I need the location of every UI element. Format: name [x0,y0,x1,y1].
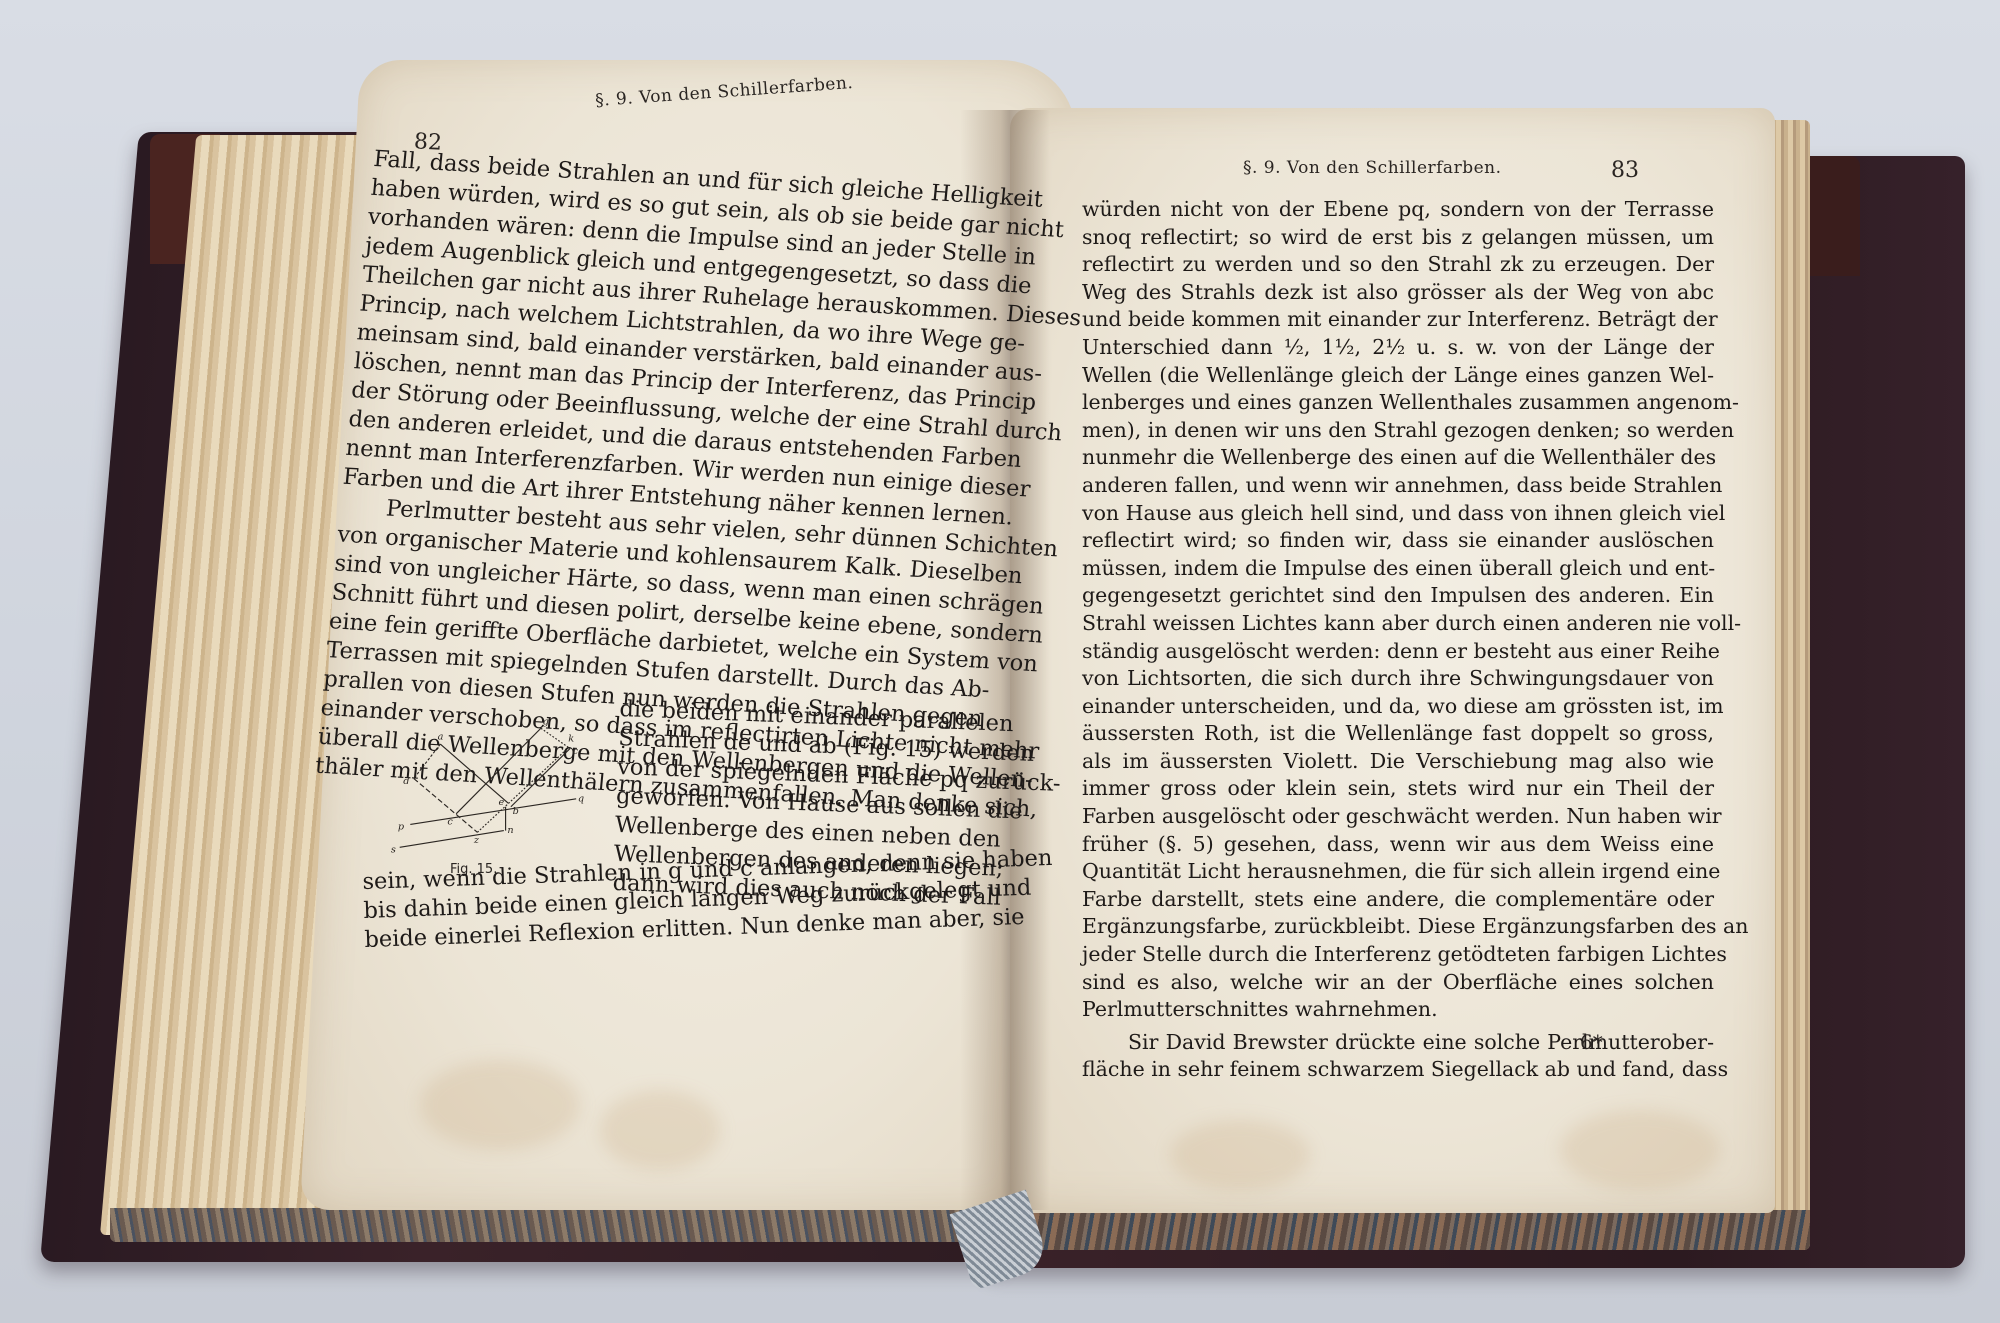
figure-label: s [391,845,396,856]
text-line: von Lichtsorten, die sich durch ihre Sch… [1082,665,1714,693]
text-line: immer gross oder klein sein, stets wird … [1082,775,1714,803]
text-line: ständig ausgelöscht werden: denn er best… [1082,638,1714,666]
text-line: Farben ausgelöscht oder geschwächt werde… [1082,803,1714,831]
text-line: gegengesetzt gerichtet sind den Impulsen… [1082,582,1714,610]
right-page-text: würden nicht von der Ebene pq, sondern v… [1082,196,1714,1084]
figure-label: z [473,835,480,846]
figure-label: g [543,717,549,728]
text-line: Wellen (die Wellenlänge gleich der Länge… [1082,362,1714,390]
text-line: äussersten Roth, ist die Wellenlänge fas… [1082,720,1714,748]
text-line: jeder Stelle durch die Interferenz getöd… [1082,941,1714,969]
figure-label: q [578,793,584,804]
foxing-stain [420,1060,580,1150]
marbled-edge-bottom [1020,1210,1810,1250]
figure-label: p [398,822,404,833]
text-line: Unterschied dann ½, 1½, 2½ u. s. w. von … [1082,334,1714,362]
text-line: anderen fallen, und wenn wir annehmen, d… [1082,472,1714,500]
text-line: Sir David Brewster drückte eine solche P… [1082,1029,1714,1057]
figure-label: c [573,746,579,757]
marbled-edge-left [110,1208,990,1242]
text-line: müssen, indem die Impulse des einen über… [1082,555,1714,583]
figure-15-diagram: a d g k c q e b p c s z n [380,715,610,865]
figure-label: k [568,733,574,744]
page-number-right: 83 [1611,158,1639,183]
text-line: Perlmutterschnittes wahrnehmen. [1082,996,1714,1024]
figure-label: a [438,732,444,743]
text-line: Ergänzungsfarbe, zurückbleibt. Diese Erg… [1082,913,1714,941]
text-line: nunmehr die Wellenberge des einen auf di… [1082,444,1714,472]
text-line: sind es also, welche wir an der Oberfläc… [1082,969,1714,997]
text-line: lenberges und eines ganzen Wellenthales … [1082,389,1714,417]
figure-label: n [507,825,513,836]
text-line: men), in denen wir uns den Strahl gezoge… [1082,417,1714,445]
foxing-stain [1560,1110,1720,1190]
text-line: und beide kommen mit einander zur Interf… [1082,306,1714,334]
text-line: fläche in sehr feinem schwarzem Siegella… [1082,1056,1714,1084]
text-line: reflectirt zu werden und so den Strahl z… [1082,251,1714,279]
figure-label: c [447,816,453,827]
figure-label: e [499,797,505,808]
foxing-stain [600,1090,720,1170]
foxing-stain [1170,1120,1310,1190]
figure-label: b [513,806,519,817]
text-line: als im äussersten Violett. Die Verschieb… [1082,748,1714,776]
text-line: Weg des Strahls dezk ist also grösser al… [1082,279,1714,307]
running-head-right: §. 9. Von den Schillerfarben. [1243,158,1502,178]
text-line: Strahl weissen Lichtes kann aber durch e… [1082,610,1714,638]
text-line: Farbe darstellt, stets eine andere, die … [1082,886,1714,914]
signature-mark: 6* [1580,1030,1603,1054]
text-line: Quantität Licht herausnehmen, die für si… [1082,858,1714,886]
text-line: snoq reflectirt; so wird de erst bis z g… [1082,224,1714,252]
text-line: würden nicht von der Ebene pq, sondern v… [1082,196,1714,224]
text-line: von Hause aus gleich hell sind, und dass… [1082,500,1714,528]
figure-label: d [403,776,409,787]
text-line: reflectirt wird; so finden wir, dass sie… [1082,527,1714,555]
text-line: früher (§. 5) gesehen, dass, wenn wir au… [1082,831,1714,859]
text-line: einander unterscheiden, und da, wo diese… [1082,693,1714,721]
